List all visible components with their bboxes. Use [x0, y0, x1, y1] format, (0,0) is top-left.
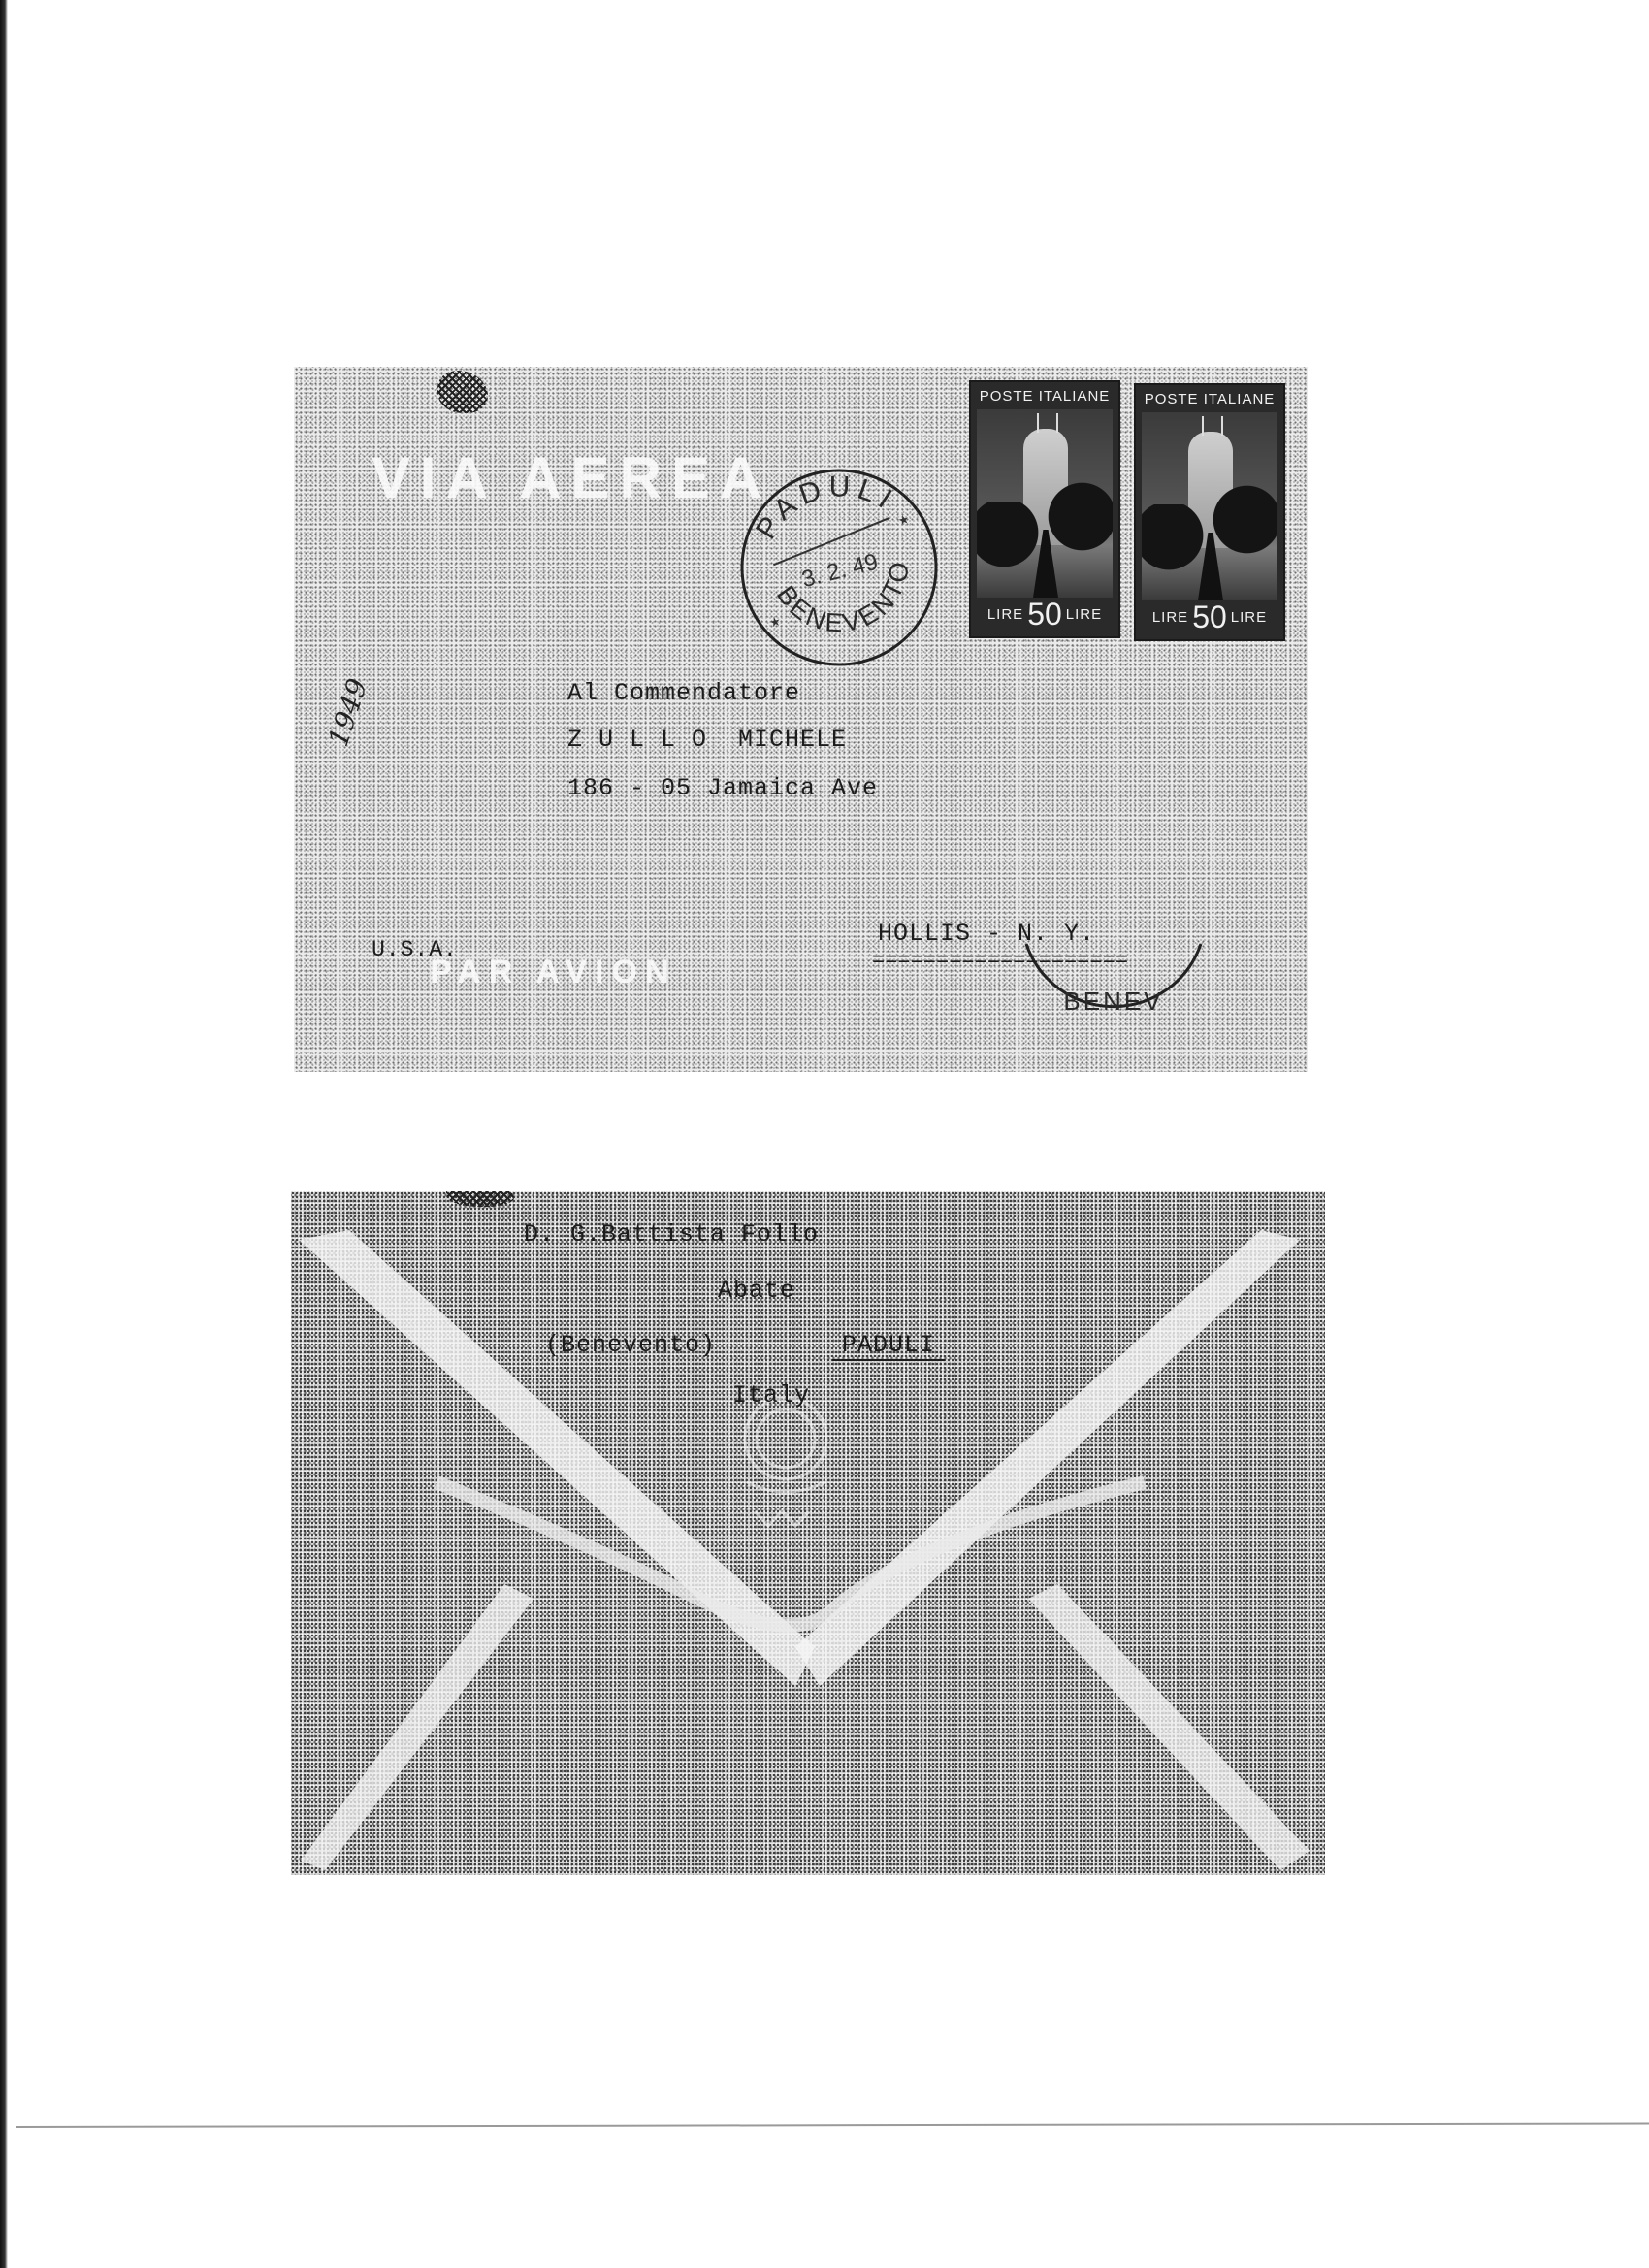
envelope-back: D. G.Battista Follo Abate (Benevento) PA… — [291, 1191, 1325, 1875]
postmark-town: PADULI — [741, 464, 907, 550]
address-line-1: Al Commendatore — [567, 679, 800, 707]
svg-text:BENEV: BENEV — [1063, 987, 1163, 1016]
stamp-header: POSTE ITALIANE — [1136, 391, 1283, 407]
via-aerea-label: VIA AEREA — [372, 444, 771, 511]
address-country: U.S.A. — [372, 937, 458, 962]
envelope-flaps — [291, 1191, 1325, 1875]
address-line-2: Z U L L O MICHELE — [567, 726, 847, 754]
sender-name: D. G.Battista Follo — [524, 1220, 819, 1248]
svg-text:PADULI: PADULI — [741, 464, 907, 550]
city-underline: ==================== — [872, 949, 1128, 973]
envelope-front: VIA AEREA PAR AVION PADULI BENEVENTO 3. … — [294, 367, 1308, 1072]
handwritten-year: 1949 — [322, 675, 373, 751]
address-city: HOLLIS - N. Y. — [878, 920, 1095, 948]
embossed-seal — [745, 1398, 826, 1526]
par-avion-label: PAR AVION — [430, 954, 677, 991]
sender-title: Abate — [718, 1277, 795, 1305]
address-line-3: 186 - 05 Jamaica Ave — [567, 774, 878, 802]
page-bottom-rule — [16, 2122, 1649, 2128]
star-icon: ★ — [896, 509, 912, 531]
sender-town: PADULI — [832, 1331, 945, 1361]
postage-stamp: POSTE ITALIANE LIRE50LIRE — [1134, 383, 1285, 641]
postmark-paduli: PADULI BENEVENTO 3. 2. 49 ★ ★ — [735, 464, 944, 672]
stamp-value: LIRE50LIRE — [971, 597, 1118, 632]
stamp-header: POSTE ITALIANE — [971, 388, 1118, 405]
ink-smudge — [437, 371, 488, 413]
stamp-artwork — [977, 409, 1113, 598]
sender-country: Italy — [732, 1381, 810, 1409]
star-icon: ★ — [767, 612, 783, 633]
postage-stamp: POSTE ITALIANE LIRE50LIRE — [969, 380, 1120, 638]
sender-province: (Benevento) — [545, 1331, 716, 1359]
stamp-artwork — [1142, 412, 1277, 600]
postmark-date: 3. 2. 49 — [799, 549, 881, 594]
stamp-value: LIRE50LIRE — [1136, 599, 1283, 635]
scan-edge — [0, 0, 8, 2268]
